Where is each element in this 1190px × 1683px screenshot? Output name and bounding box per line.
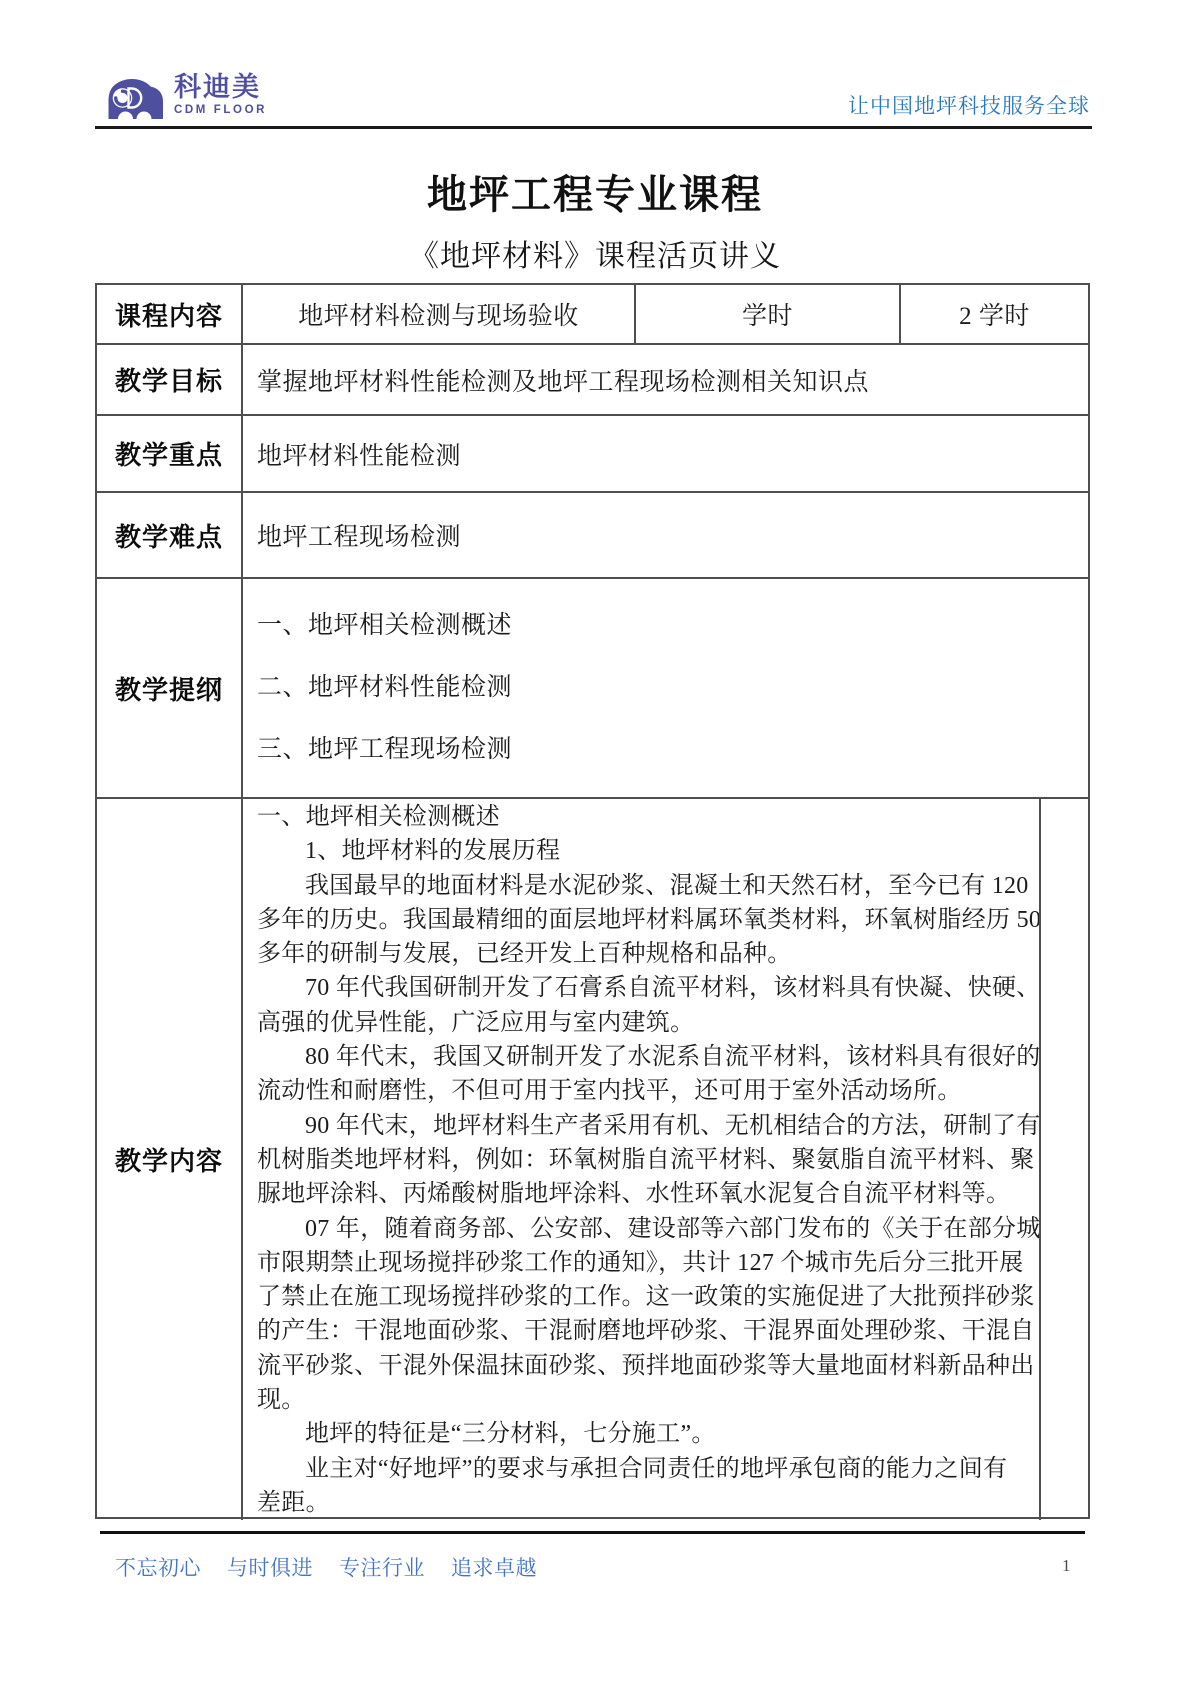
table-row-teaching-difficulty: 教学难点 地坪工程现场检测 <box>97 491 1088 577</box>
footer-divider-line <box>100 1531 1085 1534</box>
table-row-course-content: 课程内容 地坪材料检测与现场验收 学时 2 学时 <box>97 285 1088 343</box>
content-text-line: 90 年代末，地坪材料生产者采用有机、无机相结合的方法，研制了有 <box>257 1109 1033 1143</box>
outline-item: 一、地坪相关检测概述 <box>257 595 1088 657</box>
content-text-line: 差距。 <box>257 1486 1033 1520</box>
brand-name-cn: 科迪美 <box>174 74 267 101</box>
row-label: 课程内容 <box>97 285 243 343</box>
table-row-teaching-goal: 教学目标 掌握地坪材料性能检测及地坪工程现场检测相关知识点 <box>97 343 1088 414</box>
content-text-line: 流动性和耐磨性，不但可用于室内找平，还可用于室外活动场所。 <box>257 1074 1033 1108</box>
motto-phrase: 专注行业 <box>339 1557 425 1580</box>
row-label: 教学提纲 <box>97 579 243 797</box>
content-text-line: 现。 <box>257 1383 1033 1417</box>
teaching-difficulty-cell: 地坪工程现场检测 <box>243 493 1088 577</box>
company-logo: 科迪美 CDM FLOOR <box>107 74 267 120</box>
document-page: 科迪美 CDM FLOOR 让中国地坪科技服务全球 地坪工程专业课程 《地坪材料… <box>0 0 1190 1683</box>
teaching-focus-cell: 地坪材料性能检测 <box>243 416 1088 491</box>
content-text-line: 我国最早的地面材料是水泥砂浆、混凝土和天然石材，至今已有 120 <box>257 869 1033 903</box>
motto-phrase: 与时俱进 <box>227 1557 313 1580</box>
empty-side-cell <box>1041 799 1088 1520</box>
content-text-line: 多年的历史。我国最精细的面层地坪材料属环氧类材料，环氧树脂经历 50 <box>257 903 1033 937</box>
content-text-line: 地坪的特征是“三分材料，七分施工”。 <box>257 1417 1033 1451</box>
table-row-teaching-outline: 教学提纲 一、地坪相关检测概述二、地坪材料性能检测三、地坪工程现场检测 <box>97 577 1088 797</box>
course-content-cell: 地坪材料检测与现场验收 <box>243 285 636 343</box>
content-text-line: 流平砂浆、干混外保温抹面砂浆、预拌地面砂浆等大量地面材料新品种出 <box>257 1349 1033 1383</box>
content-text-line: 多年的研制与发展，已经开发上百种规格和品种。 <box>257 937 1033 971</box>
teaching-outline-cell: 一、地坪相关检测概述二、地坪材料性能检测三、地坪工程现场检测 <box>243 579 1088 797</box>
motto-phrase: 追求卓越 <box>451 1557 537 1580</box>
page-subtitle: 《地坪材料》课程活页讲义 <box>0 231 1190 275</box>
outline-item: 二、地坪材料性能检测 <box>257 657 1088 719</box>
content-text-line: 了禁止在施工现场搅拌砂浆的工作。这一政策的实施促进了大批预拌砂浆 <box>257 1280 1033 1314</box>
content-text-line: 市限期禁止现场搅拌砂浆工作的通知》，共计 127 个城市先后分三批开展 <box>257 1246 1033 1280</box>
content-text-line: 70 年代我国研制开发了石膏系自流平材料，该材料具有快凝、快硬、 <box>257 971 1033 1005</box>
hours-value-cell: 2 学时 <box>901 285 1088 343</box>
header-slogan: 让中国地坪科技服务全球 <box>848 90 1090 120</box>
row-label: 教学重点 <box>97 416 243 491</box>
content-text-line: 脲地坪涂料、丙烯酸树脂地坪涂料、水性环氧水泥复合自流平材料等。 <box>257 1177 1033 1211</box>
row-label: 教学难点 <box>97 493 243 577</box>
content-text-line: 高强的优异性能，广泛应用与室内建筑。 <box>257 1006 1033 1040</box>
hours-label-cell: 学时 <box>636 285 901 343</box>
teaching-content-cell: 一、地坪相关检测概述1、地坪材料的发展历程我国最早的地面材料是水泥砂浆、混凝土和… <box>243 799 1041 1520</box>
page-title: 地坪工程专业课程 <box>0 163 1190 220</box>
teaching-goal-cell: 掌握地坪材料性能检测及地坪工程现场检测相关知识点 <box>243 345 1088 414</box>
row-label: 教学目标 <box>97 345 243 414</box>
elephant-logo-icon <box>107 74 164 120</box>
header-divider-line <box>95 126 1092 129</box>
row-label: 教学内容 <box>97 799 243 1520</box>
table-row-teaching-content: 教学内容 一、地坪相关检测概述1、地坪材料的发展历程我国最早的地面材料是水泥砂浆… <box>97 797 1088 1520</box>
motto-phrase: 不忘初心 <box>115 1557 201 1580</box>
content-text-line: 业主对“好地坪”的要求与承担合同责任的地坪承包商的能力之间有 <box>257 1452 1033 1486</box>
content-text-line: 1、地坪材料的发展历程 <box>257 834 1033 868</box>
page-number: 1 <box>1062 1556 1071 1576</box>
logo-text: 科迪美 CDM FLOOR <box>174 74 267 117</box>
footer-motto: 不忘初心与时俱进专注行业追求卓越 <box>115 1552 563 1582</box>
table-row-teaching-focus: 教学重点 地坪材料性能检测 <box>97 414 1088 491</box>
outline-item: 三、地坪工程现场检测 <box>257 719 1088 781</box>
content-text-line: 07 年，随着商务部、公安部、建设部等六部门发布的《关于在部分城 <box>257 1212 1033 1246</box>
content-text-line: 机树脂类地坪材料，例如：环氧树脂自流平材料、聚氨脂自流平材料、聚 <box>257 1143 1033 1177</box>
content-text-line: 一、地坪相关检测概述 <box>257 800 1033 834</box>
brand-name-en: CDM FLOOR <box>174 105 267 117</box>
course-info-table: 课程内容 地坪材料检测与现场验收 学时 2 学时 教学目标 掌握地坪材料性能检测… <box>95 283 1090 1519</box>
content-text-line: 的产生：干混地面砂浆、干混耐磨地坪砂浆、干混界面处理砂浆、干混自 <box>257 1314 1033 1348</box>
content-text-line: 80 年代末，我国又研制开发了水泥系自流平材料，该材料具有很好的 <box>257 1040 1033 1074</box>
